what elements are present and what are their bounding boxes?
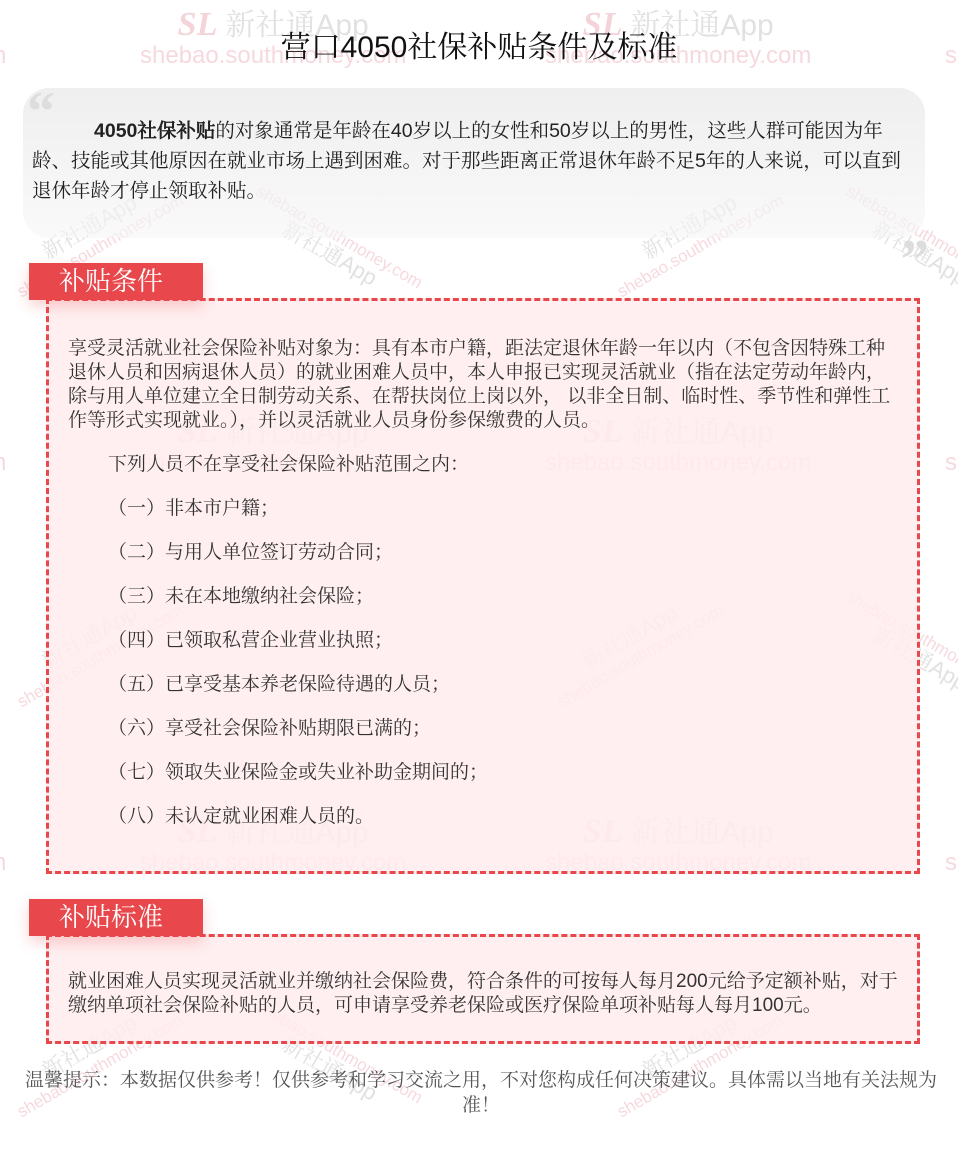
conditions-box: 享受灵活就业社会保险补贴对象为：具有本市户籍，距法定退休年龄一年以内（不包含因特… [46, 298, 920, 874]
watermark: SL新社通Appshebao.southmoney.com [0, 815, 6, 875]
exclusion-item: （七）领取失业保险金或失业补助金期间的； [108, 761, 488, 785]
exclusion-item: （二）与用人单位签订劳动合同； [108, 541, 393, 565]
exclusion-item: （五）已享受基本养老保险待遇的人员； [108, 673, 450, 697]
exclusion-item: （三）未在本地缴纳社会保险； [108, 585, 374, 609]
page-title: 营口4050社保补贴条件及标准 [0, 22, 958, 66]
watermark: SL新社通Appshebao.southmoney.com [0, 415, 6, 475]
conditions-main-text: 享受灵活就业社会保险补贴对象为：具有本市户籍，距法定退休年龄一年以内（不包含因特… [68, 337, 898, 433]
exclusion-item: （八）未认定就业困难人员的。 [108, 805, 374, 829]
standards-heading: 补贴标准 [29, 899, 203, 936]
intro-bold-lead: 4050社保补贴 [94, 120, 215, 142]
watermark: SL新社通Appshebao.southmoney.com [945, 415, 958, 475]
exclusion-lead: 下列人员不在享受社会保险补贴范围之内： [108, 453, 469, 477]
standards-text: 就业困难人员实现灵活就业并缴纳社会保险费，符合条件的可按每人每月200元给予定额… [68, 970, 908, 1018]
exclusion-item: （一）非本市户籍； [108, 497, 279, 521]
intro-card: “ “ 4050社保补贴的对象通常是年龄在40岁以上的女性和50岁以上的男性，这… [23, 88, 925, 238]
intro-paragraph: 4050社保补贴的对象通常是年龄在40岁以上的女性和50岁以上的男性，这些人群可… [32, 116, 902, 206]
close-quote-icon: “ [901, 206, 929, 270]
footer-disclaimer: 温馨提示：本数据仅供参考！仅供参考和学习交流之用，不对您构成任何决策建议。具体需… [20, 1068, 942, 1118]
conditions-heading: 补贴条件 [29, 263, 203, 300]
exclusion-item: （四）已领取私营企业营业执照； [108, 629, 393, 653]
watermark: SL新社通Appshebao.southmoney.com [945, 815, 958, 875]
exclusion-item: （六）享受社会保险补贴期限已满的； [108, 717, 431, 741]
standards-box: 就业困难人员实现灵活就业并缴纳社会保险费，符合条件的可按每人每月200元给予定额… [46, 934, 920, 1044]
